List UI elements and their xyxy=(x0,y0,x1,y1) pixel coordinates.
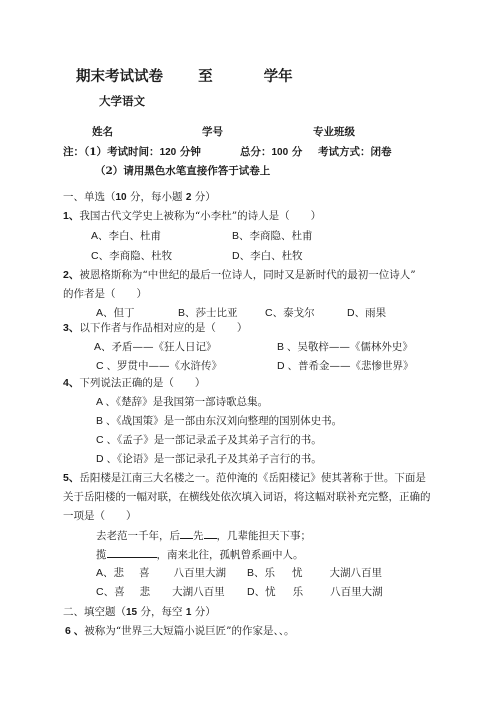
question-5-cont2: 一项是（ ） xyxy=(63,509,137,523)
heading-text: 二、填空题（ xyxy=(63,606,126,618)
note-1-num: （1） xyxy=(84,146,107,158)
option-letter: A 、 xyxy=(96,396,116,408)
q4-option-d[interactable]: D 、《论语》是一部记录孔子及其弟子言行的书。 xyxy=(96,452,322,466)
option-text: 李白、杜甫 xyxy=(109,230,162,242)
blank-3[interactable] xyxy=(107,547,157,558)
question-3: 3、以下作者与作品相对应的是（ ） xyxy=(63,321,247,335)
option-letter: C 、 xyxy=(96,360,117,372)
q1-option-a[interactable]: A、李白、杜甫 xyxy=(91,229,161,243)
option-text: 罗贯中——《水浒传》 xyxy=(117,360,222,372)
question-5-cont: 关于岳阳楼的一幅对联，在横线处依次填入词语，将这幅对联补充完整，正确的 xyxy=(63,490,431,504)
question-number: 1、 xyxy=(63,210,79,222)
option-word: 悲 xyxy=(114,567,125,579)
couplet-line-2: 揽，南来北往，孤帆曾系画中人。 xyxy=(96,547,304,562)
question-1: 1、我国古代文学史上被称为“小李杜”的诗人是（ ） xyxy=(63,209,321,223)
option-letter: C、 xyxy=(96,586,114,598)
option-word: 八百里大湖 xyxy=(174,567,227,579)
option-text: 但丁 xyxy=(114,307,135,319)
option-word: 喜 xyxy=(114,586,125,598)
option-word: 八百里大湖 xyxy=(330,586,383,598)
question-6: 6 、被称为“世界三大短篇小说巨匠”的作家是、、。 xyxy=(65,624,295,638)
score-unit: 分 xyxy=(292,146,303,158)
option-letter: D 、 xyxy=(277,360,298,372)
option-letter: D、 xyxy=(232,250,250,262)
option-text: 莎士比亚 xyxy=(196,307,238,319)
time-unit: 分钟 xyxy=(180,146,201,158)
option-word: 悲 xyxy=(140,586,151,598)
total-score: 总分：100 分 xyxy=(240,145,302,160)
option-word: 喜 xyxy=(139,567,150,579)
couplet-text: ，几辈能担天下事； xyxy=(217,530,312,542)
option-text: 雨果 xyxy=(365,307,386,319)
option-text: 《论语》是一部记录孔子及其弟子言行的书。 xyxy=(117,453,322,465)
couplet-line-1: 去老范一千年，后先，几辈能担天下事； xyxy=(96,528,311,543)
q4-option-a[interactable]: A 、《楚辞》是我国第一部诗歌总集。 xyxy=(96,395,268,409)
q3-option-a[interactable]: A、矛盾——《狂人日记》 xyxy=(94,340,217,354)
q2-option-b[interactable]: B、莎士比亚 xyxy=(178,306,238,320)
question-4: 4、下列说法正确的是（ ） xyxy=(63,376,205,390)
couplet-text: 揽 xyxy=(96,549,107,561)
question-text: 被恩格斯称为“中世纪的最后一位诗人，同时又是新时代的最初一位诗人” xyxy=(79,269,415,281)
option-letter: A、 xyxy=(94,341,112,353)
heading-points: 10 xyxy=(116,192,127,203)
q5-option-b[interactable]: B、乐忧大湖八百里 xyxy=(247,566,382,580)
q4-option-c[interactable]: C 、《孟子》是一部记录孟子及其弟子言行的书。 xyxy=(96,433,322,447)
option-word: 忧 xyxy=(292,567,303,579)
option-letter: A、 xyxy=(96,307,114,319)
q3-option-b[interactable]: B 、吴敬梓——《儒林外史》 xyxy=(277,340,413,354)
option-word: 忧 xyxy=(265,586,276,598)
note-2-text: 请用黑色水笔直接作答于试卷上 xyxy=(123,165,270,177)
option-letter: C 、 xyxy=(96,434,117,446)
student-id-label: 学号 xyxy=(202,125,223,139)
option-text: 吴敬梓——《儒林外史》 xyxy=(297,341,413,353)
heading-points: 15 xyxy=(126,607,137,618)
question-text: 岳阳楼是江南三大名楼之一。范仲淹的《岳阳楼记》使其著称于世。下面是 xyxy=(79,472,426,484)
question-number: 4、 xyxy=(63,377,79,389)
option-text: 李商隐、杜甫 xyxy=(250,230,313,242)
question-5: 5、岳阳楼是江南三大名楼之一。范仲淹的《岳阳楼记》使其著称于世。下面是 xyxy=(63,471,426,485)
option-letter: C、 xyxy=(265,307,283,319)
score-label: 总分： xyxy=(240,146,272,158)
question-number: 3、 xyxy=(63,322,79,334)
heading-text: 分，每空 xyxy=(137,606,186,618)
couplet-text: 去老范一千年，后 xyxy=(96,530,180,542)
note-2-num: （2） xyxy=(95,165,123,177)
question-text: 下列说法正确的是（ ） xyxy=(79,377,205,389)
option-word: 大湖八百里 xyxy=(172,586,225,598)
option-word: 乐 xyxy=(293,586,304,598)
blank-2[interactable] xyxy=(204,528,217,539)
title-to: 至 xyxy=(198,65,213,86)
option-text: 矛盾——《狂人日记》 xyxy=(112,341,217,353)
option-word: 大湖八百里 xyxy=(330,567,383,579)
option-letter: D 、 xyxy=(96,453,117,465)
heading-text: 分） xyxy=(191,606,215,618)
subject-title: 大学语文 xyxy=(99,93,145,109)
option-text: 《楚辞》是我国第一部诗歌总集。 xyxy=(116,396,268,408)
couplet-text: 先 xyxy=(193,530,204,542)
couplet-text: ，南来北往，孤帆曾系画中人。 xyxy=(157,549,304,561)
section-2-heading: 二、填空题（15 分，每空 1 分） xyxy=(63,605,216,620)
section-1-heading: 一、单选（10 分，每小题 2 分） xyxy=(63,190,216,205)
option-text: 泰戈尔 xyxy=(283,307,315,319)
title-year: 学年 xyxy=(264,65,293,86)
option-letter: B 、 xyxy=(277,341,297,353)
title-text: 期末考试试卷 xyxy=(76,65,163,86)
option-letter: B、 xyxy=(247,567,265,579)
option-text: 李白、杜牧 xyxy=(250,250,303,262)
option-letter: A、 xyxy=(96,567,114,579)
option-letter: B 、 xyxy=(96,415,116,427)
option-text: 《孟子》是一部记录孟子及其弟子言行的书。 xyxy=(117,434,322,446)
option-letter: D、 xyxy=(347,307,365,319)
question-2-cont: 的作者是（ ） xyxy=(63,287,147,301)
q4-option-b[interactable]: B 、《战国策》是一部由东汉刘向整理的国别体史书。 xyxy=(96,414,342,428)
q1-option-d[interactable]: D、李白、杜牧 xyxy=(232,249,303,263)
time-label: 考试时间： xyxy=(107,146,160,158)
time-value: 120 xyxy=(160,147,177,158)
option-letter: C、 xyxy=(91,250,109,262)
q2-option-d[interactable]: D、雨果 xyxy=(347,306,386,320)
q1-option-b[interactable]: B、李商隐、杜甫 xyxy=(232,229,313,243)
q5-option-d[interactable]: D、忧乐八百里大湖 xyxy=(247,585,383,599)
note-line-1: 注：（1）考试时间：120 分钟 xyxy=(63,145,201,160)
heading-text: 分） xyxy=(191,191,215,203)
q5-option-a[interactable]: A、悲喜八百里大湖 xyxy=(96,566,226,580)
question-number: 5、 xyxy=(63,472,79,484)
question-text: 我国古代文学史上被称为“小李杜”的诗人是（ ） xyxy=(79,210,321,222)
question-text: 被称为“世界三大短篇小说巨匠”的作家是、、。 xyxy=(84,625,294,637)
question-2: 2、被恩格斯称为“中世纪的最后一位诗人，同时又是新时代的最初一位诗人” xyxy=(63,268,416,282)
heading-text: 分，每小题 xyxy=(127,191,186,203)
option-letter: B、 xyxy=(178,307,196,319)
exam-mode: 考试方式：闭卷 xyxy=(318,145,392,159)
option-word: 乐 xyxy=(265,567,276,579)
name-label: 姓名 xyxy=(92,125,113,139)
q1-option-c[interactable]: C、李商隐、杜牧 xyxy=(91,249,172,263)
question-number: 6 、 xyxy=(65,625,84,637)
option-text: 《战国策》是一部由东汉刘向整理的国别体史书。 xyxy=(116,415,342,427)
option-letter: A、 xyxy=(91,230,109,242)
question-text: 以下作者与作品相对应的是（ ） xyxy=(79,322,247,334)
blank-1[interactable] xyxy=(180,528,193,539)
option-letter: B、 xyxy=(232,230,250,242)
q3-option-c[interactable]: C 、罗贯中——《水浒传》 xyxy=(96,359,222,373)
note-line-2: （2）请用黑色水笔直接作答于试卷上 xyxy=(95,164,270,178)
class-label: 专业班级 xyxy=(313,125,355,139)
note-prefix: 注： xyxy=(63,146,84,158)
q2-option-c[interactable]: C、泰戈尔 xyxy=(265,306,315,320)
heading-text: 一、单选（ xyxy=(63,191,116,203)
exam-title: 期末考试试卷 至 学年 xyxy=(76,65,293,86)
option-letter: D、 xyxy=(247,586,265,598)
option-text: 普希金——《悲惨世界》 xyxy=(298,360,414,372)
q2-option-a[interactable]: A、但丁 xyxy=(96,306,135,320)
question-number: 2、 xyxy=(63,269,79,281)
q5-option-c[interactable]: C、喜悲大湖八百里 xyxy=(96,585,225,599)
q3-option-d[interactable]: D 、普希金——《悲惨世界》 xyxy=(277,359,414,373)
option-text: 李商隐、杜牧 xyxy=(109,250,172,262)
score-value: 100 xyxy=(272,147,289,158)
